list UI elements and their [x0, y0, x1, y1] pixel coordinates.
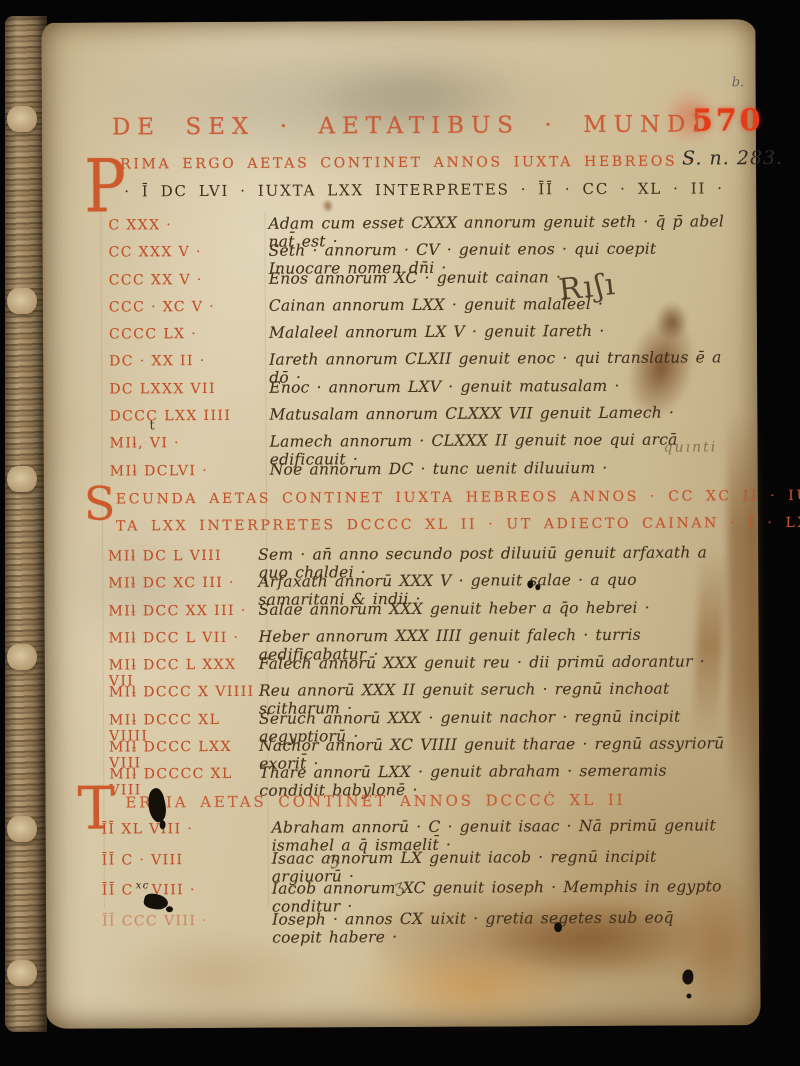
age-3-table: ĪĪ XL VIII ·Abraham annorū · C · genuit … [46, 816, 761, 942]
ink-blot [686, 993, 691, 998]
table-row: DC LXXX VIIEnoc · annorum LXV · genuit m… [43, 376, 757, 407]
anno-mundi-number: CCC XX V · [109, 271, 269, 288]
anno-mundi-number: ĪĪ CCC VIII · [102, 912, 272, 929]
table-row: CC XXX V ·Seth · annorum · CV · genuit e… [43, 239, 757, 270]
table-row: CCC · XC V ·Cainan annorum LXX · genuit … [43, 294, 757, 325]
sewing-support [7, 644, 37, 670]
genealogy-entry: Malaleel annorum LX V · genuit Iareth · [269, 321, 757, 342]
manuscript-photo: b. 570 S. n. 283. DE SEX · AETATIBUS · M… [0, 0, 800, 1066]
table-row: MIƚ DCLVI ·Noe annorum DC · tunc uenit d… [44, 458, 758, 489]
heading-secunda-line1: ECUNDA AETAS CONTINET IUXTA HEBREOS ANNO… [116, 488, 800, 508]
anno-mundi-number: ĪĪ C · VIII [102, 851, 272, 868]
genealogy-entry: Matusalam annorum CLXXX VII genuit Lamec… [269, 403, 757, 424]
anno-mundi-number: MIƚ DCCC X VIIII [109, 684, 259, 701]
anno-mundi-number: CC XXX V · [109, 244, 269, 261]
table-row: MIƚ DCC L XXX VIIFalech annorū XXX genui… [45, 652, 759, 683]
corner-letter-mark: b. [732, 75, 745, 90]
table-row: MIƚ DC L VIIISem · an̄ anno secundo post… [44, 543, 758, 574]
table-row: ĪĪ CCC VIII ·Ioseph · annos CX uixit · g… [46, 908, 760, 942]
table-row: CCC XX V ·Enos annorum XC · genuit caina… [43, 267, 757, 298]
stain-bottom-orange [354, 946, 584, 1027]
anno-mundi-number: MIƚ, VI · [110, 435, 270, 452]
table-row: ĪĪ CxcVIII ·Iacob annorum XC genuit iose… [46, 877, 760, 911]
pen-trial-mark: Rıʃı [557, 267, 618, 308]
ink-blot [682, 969, 693, 984]
anno-mundi-number: MIƚ DCC L VII · [109, 630, 259, 647]
anno-mundi-number: MIƚ DC L VIII [108, 548, 258, 565]
anno-mundi-number: MIƚ DC XC III · [108, 575, 258, 592]
genealogy-entry: Falech annorū XXX genuit reu · dii primū… [259, 652, 759, 673]
prima-totals-line: · Ī DC LVI · IUXTA LXX INTERPRETES · ĪĪ … [124, 179, 724, 200]
table-row: DC · XX II ·Iareth annorum CLXII genuit … [43, 349, 757, 380]
anno-mundi-number: DC LXXX VII [109, 380, 269, 397]
genealogy-entry: Cainan annorum LXX · genuit malaleel · [269, 294, 757, 315]
book-spine-edge [5, 16, 47, 1032]
sewing-support [7, 106, 37, 132]
sewing-support [7, 288, 37, 314]
table-row: CCCC LX ·Malaleel annorum LX V · genuit … [43, 321, 757, 352]
table-row: MIƚ, VI ·Lamech annorum · CLXXX II genui… [44, 431, 758, 462]
table-row: MIƚ DCC L VII ·Heber annorum XXX IIII ge… [45, 625, 759, 656]
table-row: MIƚ DCCC X VIIIIReu annorū XXX II genuit… [45, 680, 759, 711]
interlinear-correction: xc [136, 881, 150, 892]
shelfmark: S. n. 283. [682, 147, 783, 170]
sewing-support [7, 816, 37, 842]
sewing-support [7, 466, 37, 492]
anno-mundi-number: CCC · XC V · [109, 299, 269, 316]
table-row: MIƚ DC XC III ·Arfaxath annorū XXX V · g… [44, 570, 758, 601]
sewing-support [7, 960, 37, 986]
anno-mundi-number: C XXX · [108, 217, 268, 234]
age-2-table: MIƚ DC L VIIISem · an̄ anno secundo post… [44, 543, 759, 792]
anno-mundi-number: CCCC LX · [109, 326, 269, 343]
table-row: ĪĪ XL VIII ·Abraham annorū · C · genuit … [46, 816, 760, 850]
genealogy-entry: Enos annorum XC · genuit cainan · [269, 267, 757, 288]
genealogy-entry: Salae annorum XXX genuit heber a q̄o heb… [258, 598, 758, 619]
anno-mundi-number: DC · XX II · [109, 353, 269, 370]
correction-mark: t [149, 418, 154, 433]
genealogy-entry: Noe annorum DC · tunc uenit diluuium · [270, 458, 758, 479]
table-row: MIƚ DCCC LXX VIIINachor annorū XC VIIII … [45, 734, 759, 765]
table-row: MIƚ DCCC XL VIIIISeruch annorū XXX · gen… [45, 707, 759, 738]
anno-mundi-number: ĪĪ CxcVIII · [102, 882, 272, 899]
table-row: C XXX ·Adam cum esset CXXX annorum genui… [42, 212, 756, 243]
heading-secunda-line2: TA LXX INTERPRETES DCCCC XL II · UT ADIE… [116, 515, 800, 535]
table-row: ĪĪ C · VIIIIsaac annorum LX genuit iacob… [46, 847, 760, 881]
anno-mundi-number: DCCC LXX IIII [109, 408, 269, 425]
parchment-page: b. 570 S. n. 283. DE SEX · AETATIBUS · M… [41, 19, 760, 1029]
stain-dot [322, 199, 333, 212]
table-row: MIƚ DCCCC XL VIIIThare annorū LXX · genu… [45, 762, 759, 793]
page-title: DE SEX · AETATIBUS · MUNDI [112, 111, 709, 140]
anno-mundi-number: MIƚ DCLVI · [110, 462, 270, 479]
genealogy-entry: Ioseph · annos CX uixit · gretia segetes… [272, 908, 760, 947]
anno-mundi-number: MIƚ DCC XX III · [108, 602, 258, 619]
marginal-note-quinti: quınti [664, 439, 718, 455]
heading-tertia: ERTIA AETAS CONTINET ANNOS DCCCĊ XL II [125, 791, 625, 812]
initial-s: S [84, 483, 116, 525]
table-row: MIƚ DCC XX III ·Salae annorum XXX genuit… [44, 598, 758, 629]
age-1-table: C XXX ·Adam cum esset CXXX annorum genui… [42, 212, 757, 489]
genealogy-entry: Enoc · annorum LXV · genuit matusalam · [269, 376, 757, 397]
anno-mundi-number: ĪĪ XL VIII · [102, 821, 272, 838]
heading-prima: RIMA ERGO AETAS CONTINET ANNOS IUXTA HEB… [120, 153, 695, 172]
